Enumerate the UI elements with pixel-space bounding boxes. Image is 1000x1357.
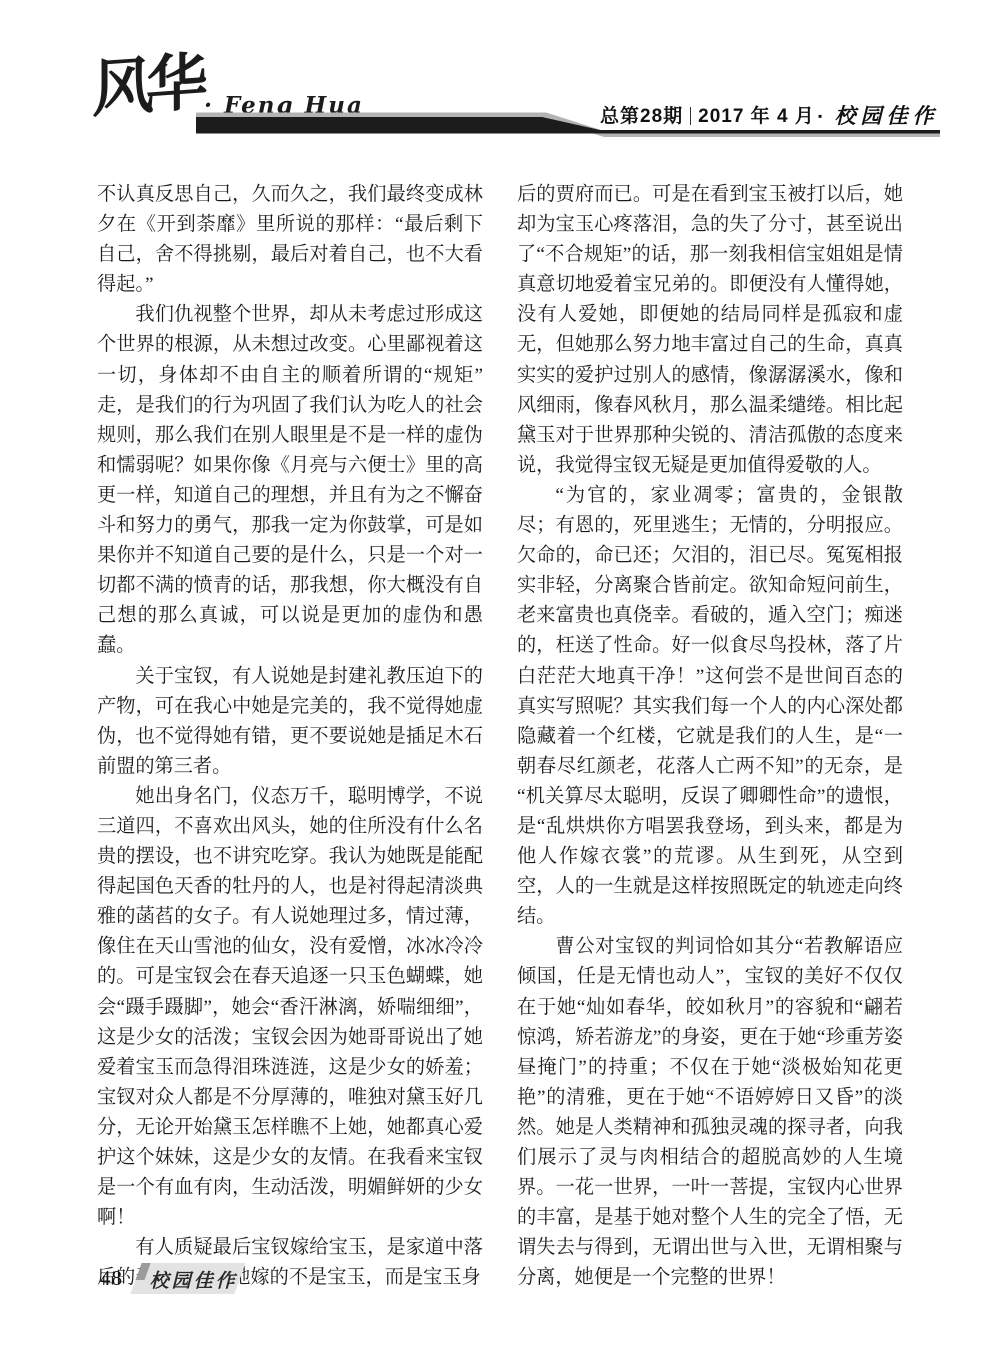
paragraph: 我们仇视整个世界，却从未考虑过形成这个世界的根源，从未想过改变。心里鄙视着这一切… (97, 300, 483, 661)
paragraph: “为官的，家业凋零；富贵的，金银散尽；有恩的，死里逃生；无情的，分明报应。欠命的… (517, 481, 903, 932)
article-column-right: 后的贾府而已。可是在看到宝玉被打以后，她却为宝玉心疼落泪，急的失了分寸，甚至说出… (517, 180, 903, 1293)
paragraph: 不认真反思自己，久而久之，我们最终变成林夕在《开到荼靡》里所说的那样：“最后剩下… (97, 180, 483, 300)
header-section-tag: ▪ 校园佳作 (818, 100, 988, 130)
paragraph: 关于宝钗，有人说她是封建礼教压迫下的产物，可在我心中她是完美的，我不觉得她虚伪，… (97, 662, 483, 782)
magazine-page: 风华 · Feng Hua 总第28期2017 年 4 月 ▪ 校园佳作 不认真… (0, 0, 1000, 1357)
footer-section-label: 校园佳作 (150, 1266, 238, 1293)
issue-date: 2017 年 4 月 (698, 106, 815, 127)
article-body: 不认真反思自己，久而久之，我们最终变成林夕在《开到荼靡》里所说的那样：“最后剩下… (97, 180, 903, 1293)
article-column-left: 不认真反思自己，久而久之，我们最终变成林夕在《开到荼靡》里所说的那样：“最后剩下… (97, 180, 483, 1293)
footer-section-tag: 校园佳作 (130, 1263, 245, 1294)
issue-separator (690, 107, 691, 125)
header-section-label: 校园佳作 (835, 104, 939, 128)
paragraph: 后的贾府而已。可是在看到宝玉被打以后，她却为宝玉心疼落泪，急的失了分寸，甚至说出… (517, 180, 903, 481)
paragraph: 她出身名门，仪态万千，聪明博学，不说三道四，不喜欢出风头，她的住所没有什么名贵的… (97, 782, 483, 1233)
issue-number: 总第28期 (600, 106, 683, 127)
square-bullet-icon: ▪ (818, 109, 824, 123)
paragraph: 曹公对宝钗的判词恰如其分“若教解语应倾国，任是无情也动人”，宝钗的美好不仅仅在于… (517, 932, 903, 1293)
page-number: 48 (100, 1266, 123, 1291)
issue-line: 总第28期2017 年 4 月 (600, 101, 830, 128)
